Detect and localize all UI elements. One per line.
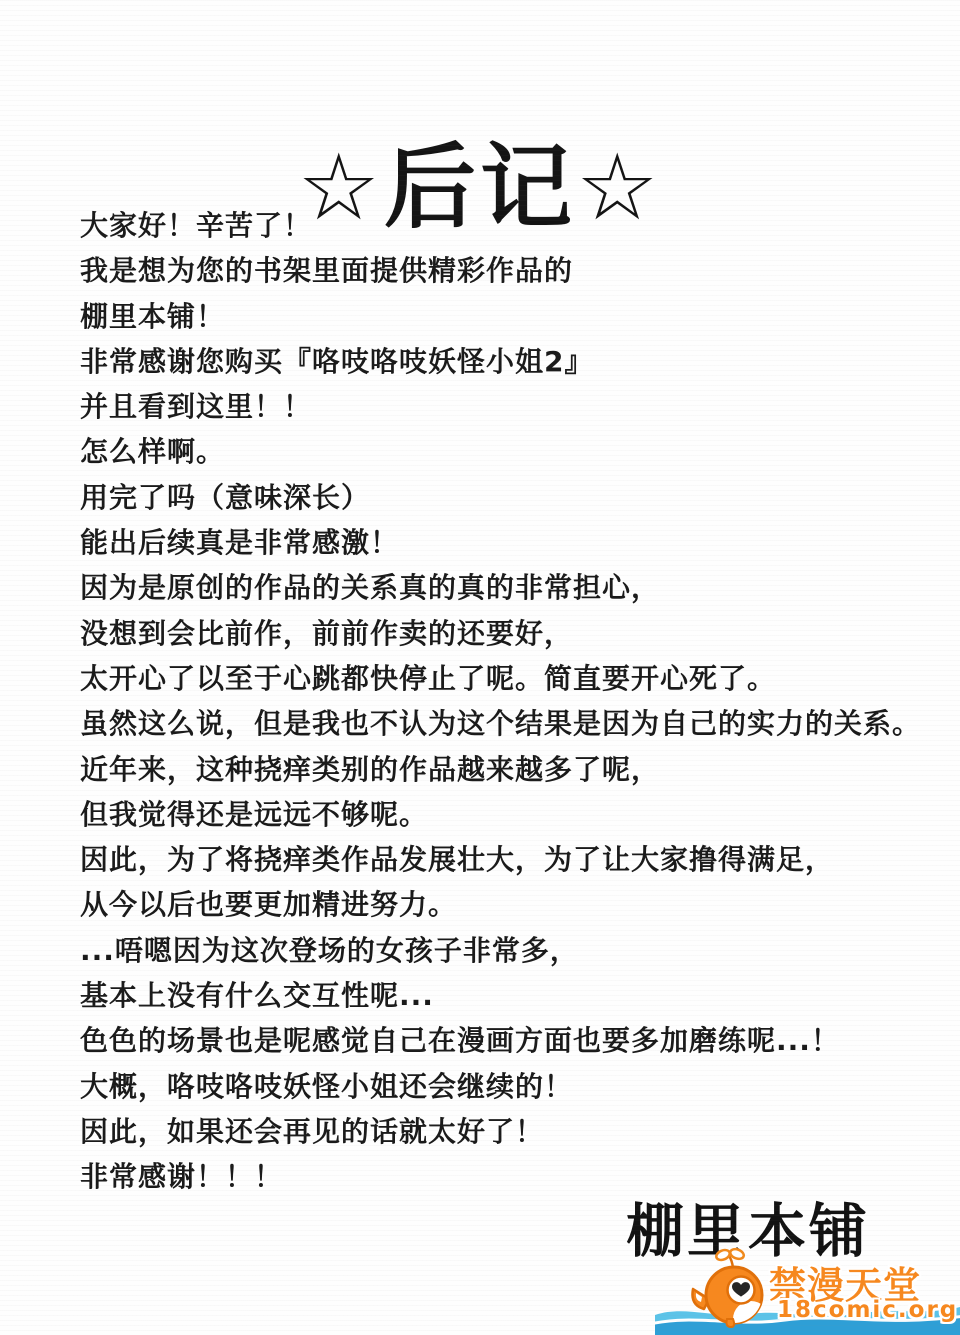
text-line: 非常感谢您购买『咯吱咯吱妖怪小姐2』 (80, 339, 940, 384)
afterword-page: ☆后记☆ 大家好！辛苦了！ 我是想为您的书架里面提供精彩作品的 棚里本铺！ 非常… (0, 0, 960, 1335)
whale-mascot-icon (689, 1247, 773, 1331)
text-line: 能出后续真是非常感激！ (80, 520, 940, 565)
text-line: ...唔嗯因为这次登场的女孩子非常多， (80, 928, 940, 973)
text-line: 棚里本铺！ (80, 294, 940, 339)
text-line: 大概，咯吱咯吱妖怪小姐还会继续的！ (80, 1064, 940, 1109)
text-line: 用完了吗（意味深长） (80, 475, 940, 520)
watermark-site-url: 18comic.org (777, 1297, 958, 1323)
text-line: 怎么样啊。 (80, 429, 940, 474)
text-line: 色色的场景也是呢感觉自己在漫画方面也要多加磨练呢...！ (80, 1018, 940, 1063)
text-line: 基本上没有什么交互性呢... (80, 973, 940, 1018)
text-line: 大家好！辛苦了！ (80, 203, 940, 248)
text-line: 太开心了以至于心跳都快停止了呢。简直要开心死了。 (80, 656, 940, 701)
text-line: 因为是原创的作品的关系真的真的非常担心， (80, 565, 940, 610)
text-line: 从今以后也要更加精进努力。 (80, 882, 940, 927)
site-watermark: 禁漫天堂 18comic.org (655, 1245, 960, 1335)
text-line: 因此，为了将挠痒类作品发展壮大，为了让大家撸得满足， (80, 837, 940, 882)
text-line: 没想到会比前作，前前作卖的还要好， (80, 611, 940, 656)
text-line: 但我觉得还是远远不够呢。 (80, 792, 940, 837)
text-line: 因此，如果还会再见的话就太好了！ (80, 1109, 940, 1154)
text-line: 虽然这么说，但是我也不认为这个结果是因为自己的实力的关系。 (80, 701, 940, 746)
text-line: 我是想为您的书架里面提供精彩作品的 (80, 248, 940, 293)
text-line: 近年来，这种挠痒类别的作品越来越多了呢， (80, 747, 940, 792)
afterword-text: 大家好！辛苦了！ 我是想为您的书架里面提供精彩作品的 棚里本铺！ 非常感谢您购买… (80, 203, 940, 1200)
text-line: 并且看到这里！！ (80, 384, 940, 429)
